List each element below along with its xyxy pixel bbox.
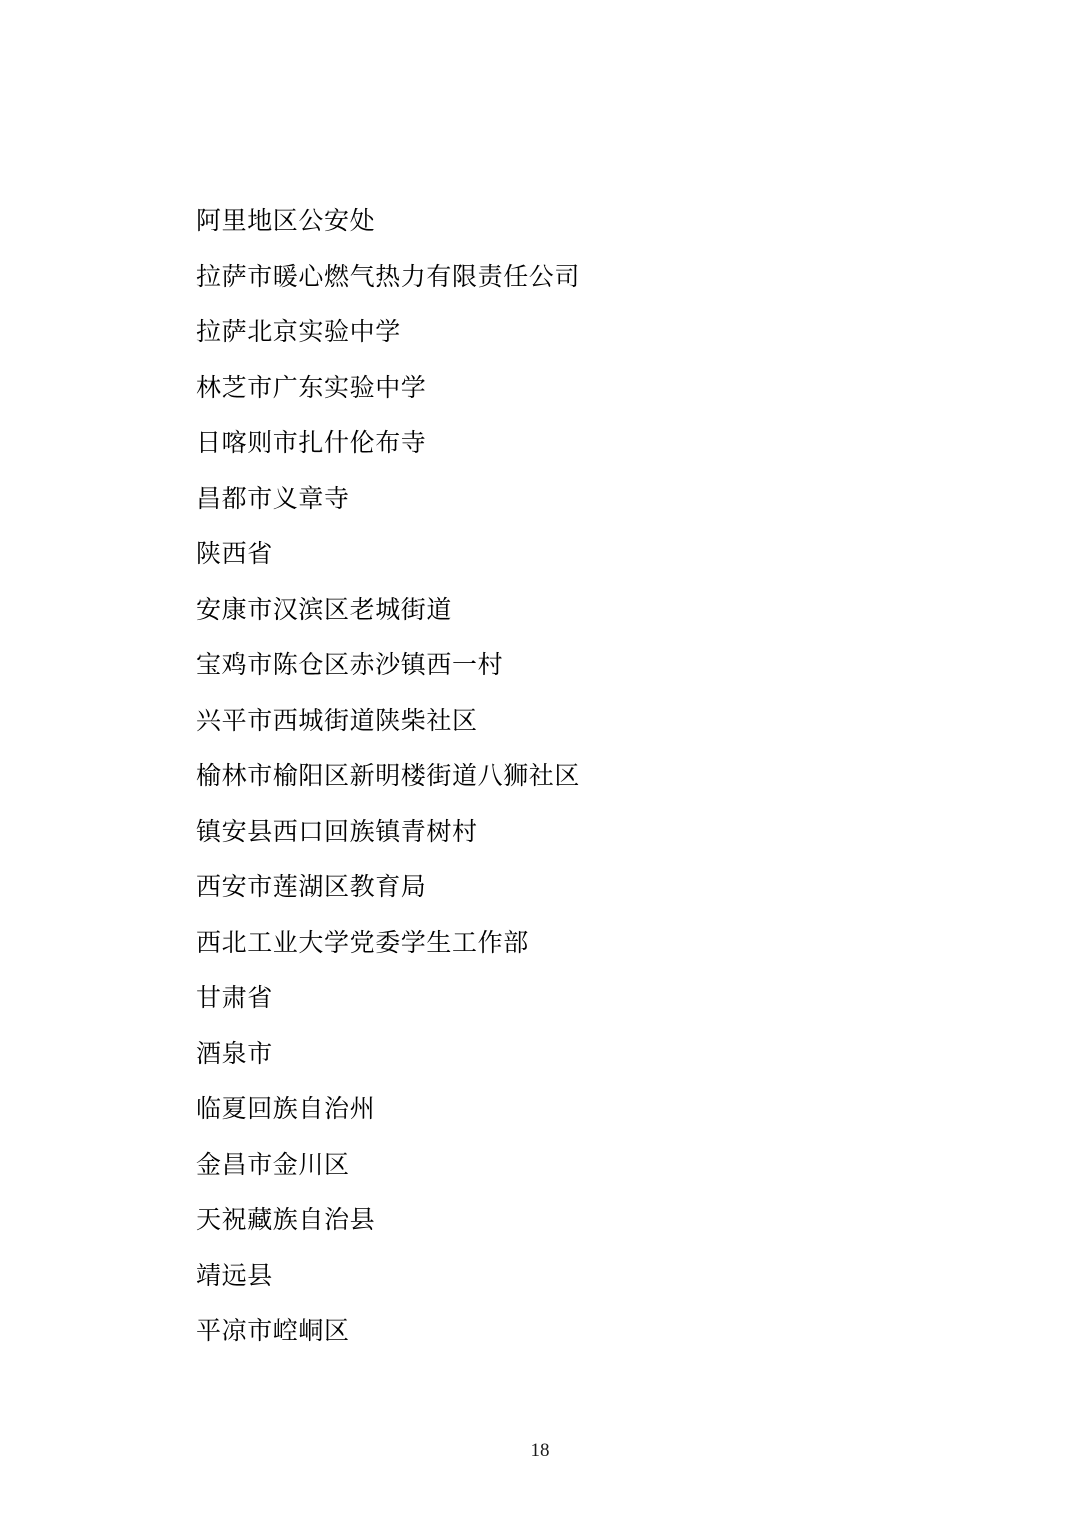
- document-page: 阿里地区公安处 拉萨市暖心燃气热力有限责任公司 拉萨北京实验中学 林芝市广东实验…: [0, 0, 1080, 1528]
- page-footer: 18: [0, 1440, 1080, 1462]
- list-item: 平凉市崆峒区: [196, 1303, 980, 1359]
- list-item: 兴平市西城街道陕柴社区: [196, 693, 980, 749]
- list-item: 林芝市广东实验中学: [196, 360, 980, 416]
- list-item: 天祝藏族自治县: [196, 1192, 980, 1248]
- list-item: 陕西省: [196, 526, 980, 582]
- organization-name-list: 阿里地区公安处 拉萨市暖心燃气热力有限责任公司 拉萨北京实验中学 林芝市广东实验…: [196, 193, 980, 1359]
- list-item: 阿里地区公安处: [196, 193, 980, 249]
- list-item: 日喀则市扎什伦布寺: [196, 415, 980, 471]
- list-item: 靖远县: [196, 1248, 980, 1304]
- list-item: 甘肃省: [196, 970, 980, 1026]
- list-item: 安康市汉滨区老城街道: [196, 582, 980, 638]
- list-item: 西安市莲湖区教育局: [196, 859, 980, 915]
- list-item: 酒泉市: [196, 1026, 980, 1082]
- list-item: 拉萨北京实验中学: [196, 304, 980, 360]
- list-item: 西北工业大学党委学生工作部: [196, 915, 980, 971]
- page-number: 18: [531, 1440, 550, 1461]
- list-item: 昌都市义章寺: [196, 471, 980, 527]
- list-item: 榆林市榆阳区新明楼街道八狮社区: [196, 748, 980, 804]
- list-item: 宝鸡市陈仓区赤沙镇西一村: [196, 637, 980, 693]
- list-item: 金昌市金川区: [196, 1137, 980, 1193]
- list-item: 临夏回族自治州: [196, 1081, 980, 1137]
- list-item: 镇安县西口回族镇青树村: [196, 804, 980, 860]
- list-item: 拉萨市暖心燃气热力有限责任公司: [196, 249, 980, 305]
